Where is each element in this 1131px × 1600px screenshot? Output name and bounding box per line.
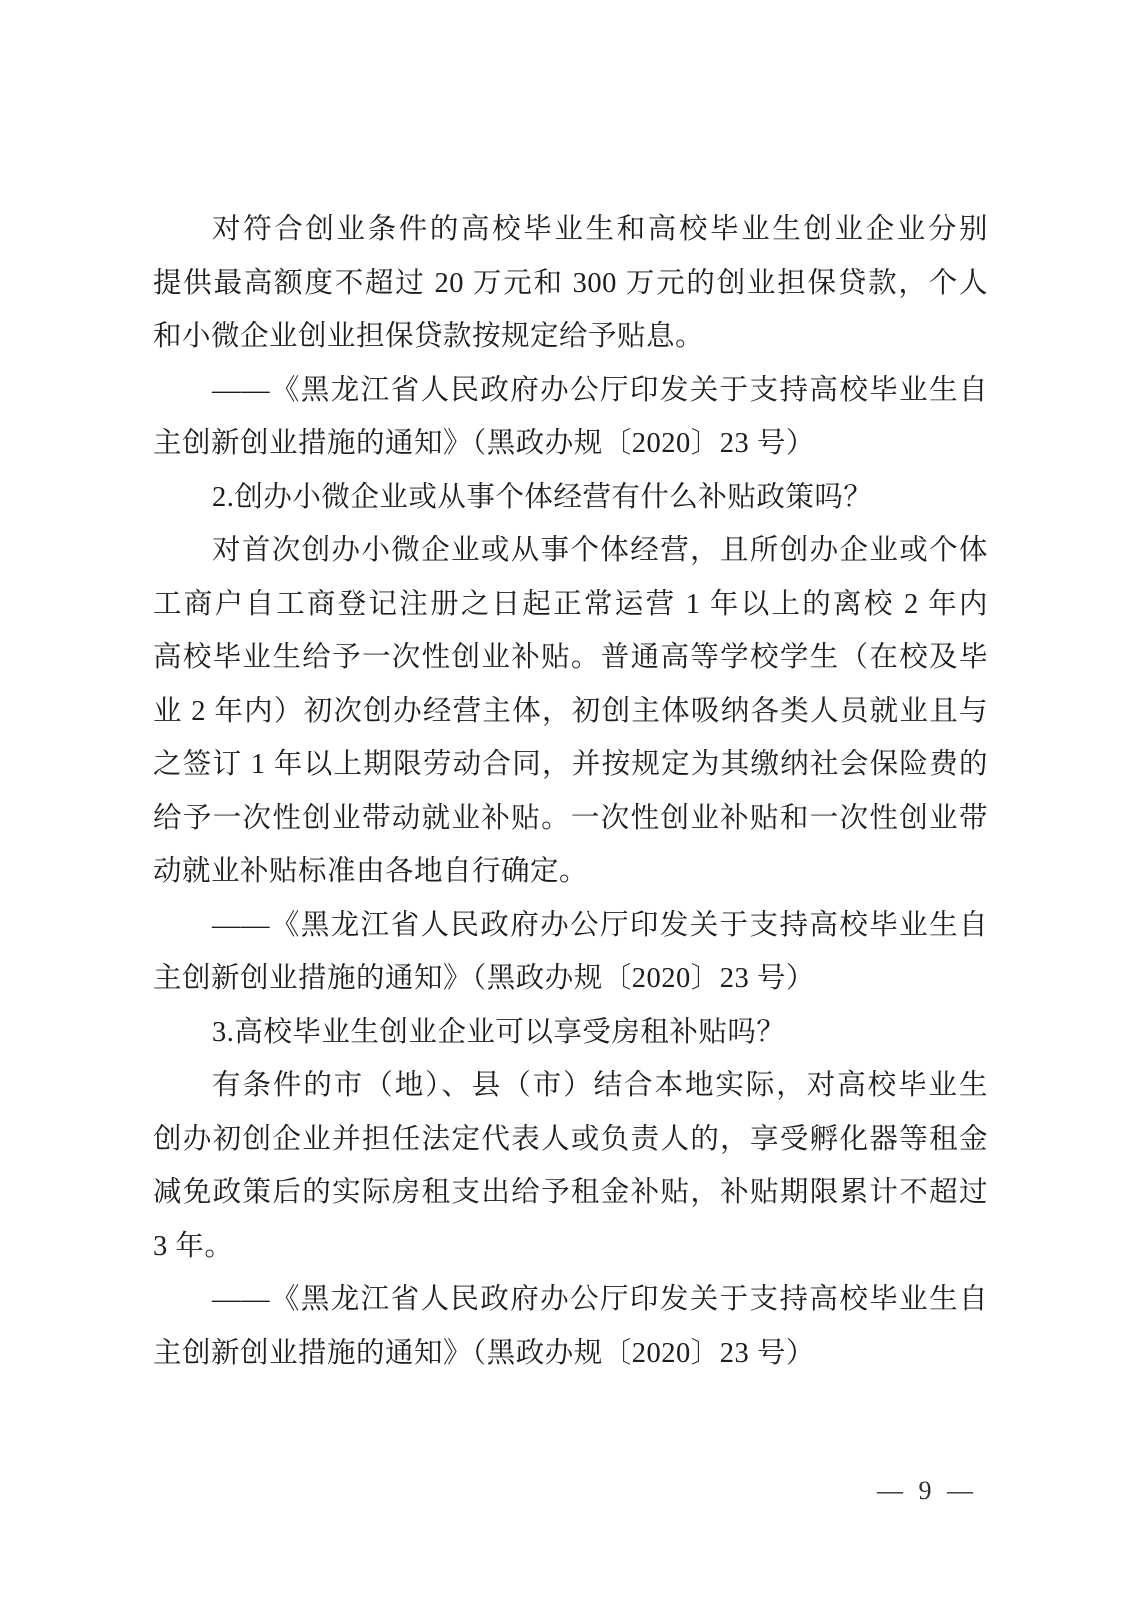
text-line: 高校毕业生给予一次性创业补贴。普通高等学校学生（在校及毕 (153, 631, 988, 685)
text-line: 3 年。 (153, 1220, 988, 1274)
text-line: 减免政策后的实际房租支出给予租金补贴，补贴期限累计不超过 (153, 1166, 988, 1220)
text-line: 主创新创业措施的通知》（黑政办规〔2020〕23 号） (153, 1327, 988, 1381)
text-line: ——《黑龙江省人民政府办公厅印发关于支持高校毕业生自 (153, 1273, 988, 1327)
text-line: 提供最高额度不超过 20 万元和 300 万元的创业担保贷款，个人 (153, 257, 988, 311)
text-line: 对符合创业条件的高校毕业生和高校毕业生创业企业分别 (153, 203, 988, 257)
text-line: 主创新创业措施的通知》（黑政办规〔2020〕23 号） (153, 417, 988, 471)
text-line: 和小微企业创业担保贷款按规定给予贴息。 (153, 310, 988, 364)
document-body: 对符合创业条件的高校毕业生和高校毕业生创业企业分别提供最高额度不超过 20 万元… (153, 203, 988, 1380)
page-number: — 9 — (877, 1476, 973, 1506)
text-line: 动就业补贴标准由各地自行确定。 (153, 845, 988, 899)
text-line: 主创新创业措施的通知》（黑政办规〔2020〕23 号） (153, 952, 988, 1006)
text-line: 对首次创办小微企业或从事个体经营，且所创办企业或个体 (153, 524, 988, 578)
text-line: 之签订 1 年以上期限劳动合同，并按规定为其缴纳社会保险费的 (153, 738, 988, 792)
text-line: 2.创办小微企业或从事个体经营有什么补贴政策吗？ (153, 471, 988, 525)
document-page: 对符合创业条件的高校毕业生和高校毕业生创业企业分别提供最高额度不超过 20 万元… (0, 0, 1131, 1600)
page-number-text: — 9 — (877, 1476, 973, 1505)
text-line: 创办初创企业并担任法定代表人或负责人的，享受孵化器等租金 (153, 1113, 988, 1167)
text-line: 给予一次性创业带动就业补贴。一次性创业补贴和一次性创业带 (153, 792, 988, 846)
text-line: ——《黑龙江省人民政府办公厅印发关于支持高校毕业生自 (153, 364, 988, 418)
text-line: 业 2 年内）初次创办经营主体，初创主体吸纳各类人员就业且与 (153, 685, 988, 739)
text-line: ——《黑龙江省人民政府办公厅印发关于支持高校毕业生自 (153, 899, 988, 953)
text-line: 3.高校毕业生创业企业可以享受房租补贴吗？ (153, 1006, 988, 1060)
text-line: 工商户自工商登记注册之日起正常运营 1 年以上的离校 2 年内 (153, 578, 988, 632)
text-line: 有条件的市（地）、县（市）结合本地实际，对高校毕业生 (153, 1059, 988, 1113)
